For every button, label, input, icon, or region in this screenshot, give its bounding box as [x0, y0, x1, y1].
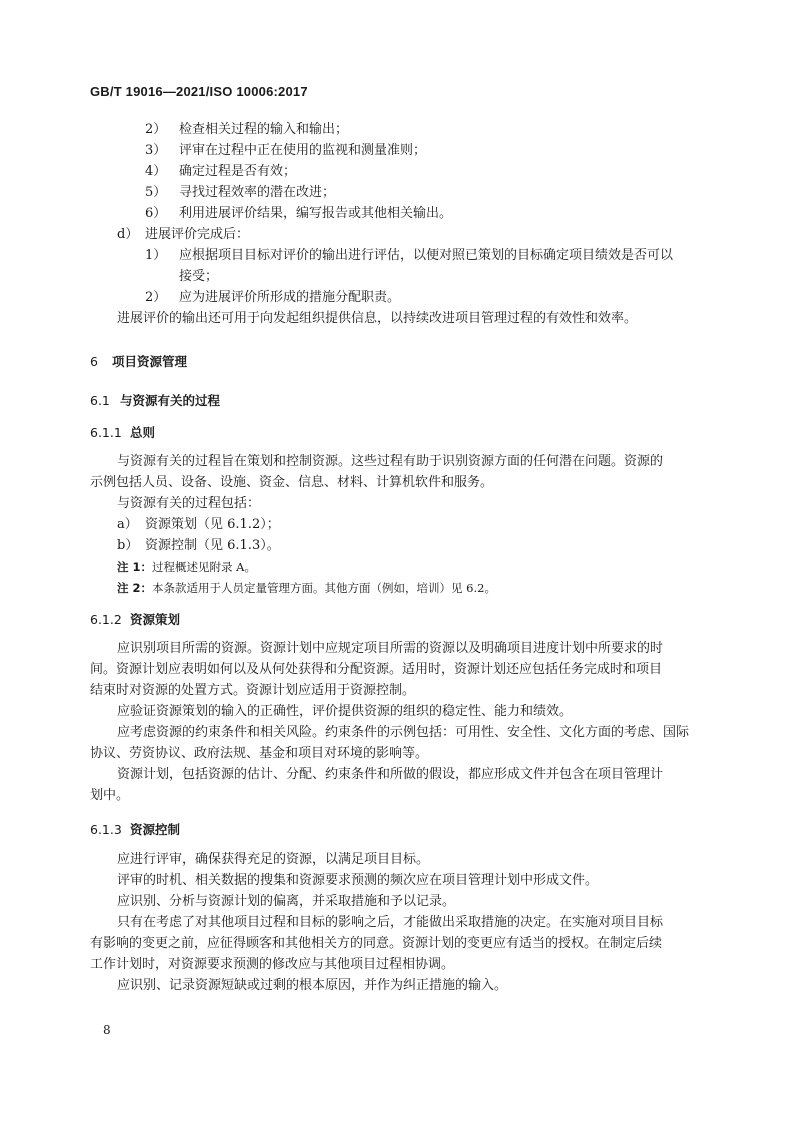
paragraph: 评审的时机、相关数据的搜集和资源要求预测的频次应在项目管理计划中形成文件。 — [117, 871, 598, 891]
paragraph: 进展评价的输出还可用于向发起组织提供信息，以持续改进项目管理过程的有效性和效率。 — [117, 309, 637, 329]
section-heading-6-1-3: 6.1.3资源控制 — [90, 820, 180, 838]
paragraph: 只有在考虑了对其他项目过程和目标的影响之后，才能做出采取措施的决定。在实施对项目… — [117, 913, 663, 933]
paragraph-continuation: 示例包括人员、设备、设施、资金、信息、材料、计算机软件和服务。 — [90, 473, 493, 493]
list-item-continuation: 接受； — [179, 267, 218, 287]
paragraph: 应识别项目所需的资源。资源计划中应规定项目所需的资源以及明确项目进度计划中所要求… — [117, 639, 663, 659]
section-heading-6-1: 6.1与资源有关的过程 — [90, 391, 220, 409]
paragraph: 应识别、记录资源短缺或过剩的根本原因，并作为纠正措施的输入。 — [117, 976, 507, 996]
section-heading-6: 6项目资源管理 — [90, 352, 187, 370]
paragraph-continuation: 协议、劳资协议、政府法规、基金和项目对环境的影响等。 — [90, 744, 428, 764]
list-item: 2）检查相关过程的输入和输出； — [145, 120, 348, 140]
paragraph-continuation: 划中。 — [90, 786, 129, 806]
section-heading-6-1-2: 6.1.2资源策划 — [90, 610, 180, 628]
list-item: b）资源控制（见 6.1.3）。 — [117, 536, 280, 556]
paragraph-continuation: 有影响的变更之前，应征得顾客和其他相关方的同意。资源计划的变更应有适当的授权。在… — [90, 934, 662, 954]
list-item: a）资源策划（见 6.1.2）； — [117, 515, 280, 535]
page-number: 8 — [103, 1023, 111, 1037]
paragraph-continuation: 工作计划时，对资源要求预测的修改应与其他项目过程相协调。 — [90, 955, 454, 975]
paragraph: 资源计划，包括资源的估计、分配、约束条件和所做的假设，都应形成文件并包含在项目管… — [117, 765, 663, 785]
paragraph-continuation: 结束时对资源的处置方式。资源计划应适用于资源控制。 — [90, 681, 415, 701]
section-heading-6-1-1: 6.1.1总则 — [90, 423, 155, 441]
paragraph: 应考虑资源的约束条件和相关风险。约束条件的示例包括：可用性、安全性、文化方面的考… — [117, 723, 689, 743]
note-2: 注 2：本条款适用于人员定量管理方面。其他方面（例如，培训）见 6.2。 — [117, 578, 496, 598]
note-1: 注 1：过程概述见附录 A。 — [117, 557, 256, 577]
list-item: 2）应为进展评价所形成的措施分配职责。 — [145, 288, 400, 308]
list-item: 5）寻找过程效率的潜在改进； — [145, 183, 335, 203]
list-item: 6）利用进展评价结果，编写报告或其他相关输出。 — [145, 204, 452, 224]
paragraph: 与资源有关的过程包括： — [117, 494, 260, 514]
paragraph: 与资源有关的过程旨在策划和控制资源。这些过程有助于识别资源方面的任何潜在问题。资… — [117, 452, 663, 472]
paragraph-continuation: 间。资源计划应表明如何以及从何处获得和分配资源。适用时，资源计划还应包括任务完成… — [90, 660, 662, 680]
document-header: GB/T 19016—2021/ISO 10006:2017 — [90, 84, 308, 99]
list-item-d: d）进展评价完成后： — [117, 225, 249, 245]
paragraph: 应识别、分析与资源计划的偏离，并采取措施和予以记录。 — [117, 892, 455, 912]
list-item: 3）评审在过程中正在使用的监视和测量准则； — [145, 141, 426, 161]
paragraph: 应进行评审，确保获得充足的资源，以满足项目目标。 — [117, 850, 429, 870]
list-item: 4）确定过程是否有效； — [145, 162, 296, 182]
list-item: 1）应根据项目目标对评价的输出进行评估，以便对照已策划的目标确定项目绩效是否可以 — [145, 246, 673, 266]
paragraph: 应验证资源策划的输入的正确性，评价提供资源的组织的稳定性、能力和绩效。 — [117, 702, 572, 722]
